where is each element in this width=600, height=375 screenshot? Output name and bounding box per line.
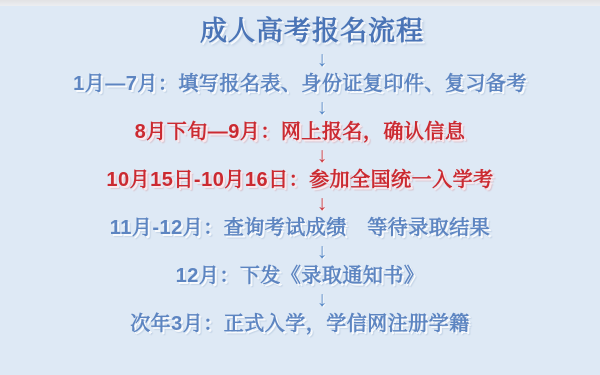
page-title: 成人高考报名流程 [200, 14, 424, 48]
down-arrow-icon: ↓ [317, 288, 328, 312]
down-arrow-icon: ↓ [317, 240, 328, 264]
down-arrow-icon: ↓ [317, 144, 328, 168]
flow-step-2: 8月下旬—9月：网上报名，确认信息 [135, 120, 466, 144]
flow-step-5: 12月：下发《录取通知书》 [176, 264, 425, 288]
down-arrow-icon: ↓ [317, 192, 328, 216]
flow-step-1: 1月—7月：填写报名表、身份证复印件、复习备考 [73, 72, 527, 96]
flowchart: 成人高考报名流程 ↓ 1月—7月：填写报名表、身份证复印件、复习备考 ↓ 8月下… [0, 6, 600, 336]
flow-step-3: 10月15日-10月16日：参加全国统一入学考 [106, 168, 493, 192]
infographic-canvas: 成人高考报名流程 ↓ 1月—7月：填写报名表、身份证复印件、复习备考 ↓ 8月下… [0, 0, 600, 375]
flow-step-4: 11月-12月：查询考试成绩 等待录取结果 [110, 216, 491, 240]
flow-step-6: 次年3月：正式入学，学信网注册学籍 [130, 312, 470, 336]
down-arrow-icon: ↓ [317, 48, 328, 72]
down-arrow-icon: ↓ [317, 96, 328, 120]
